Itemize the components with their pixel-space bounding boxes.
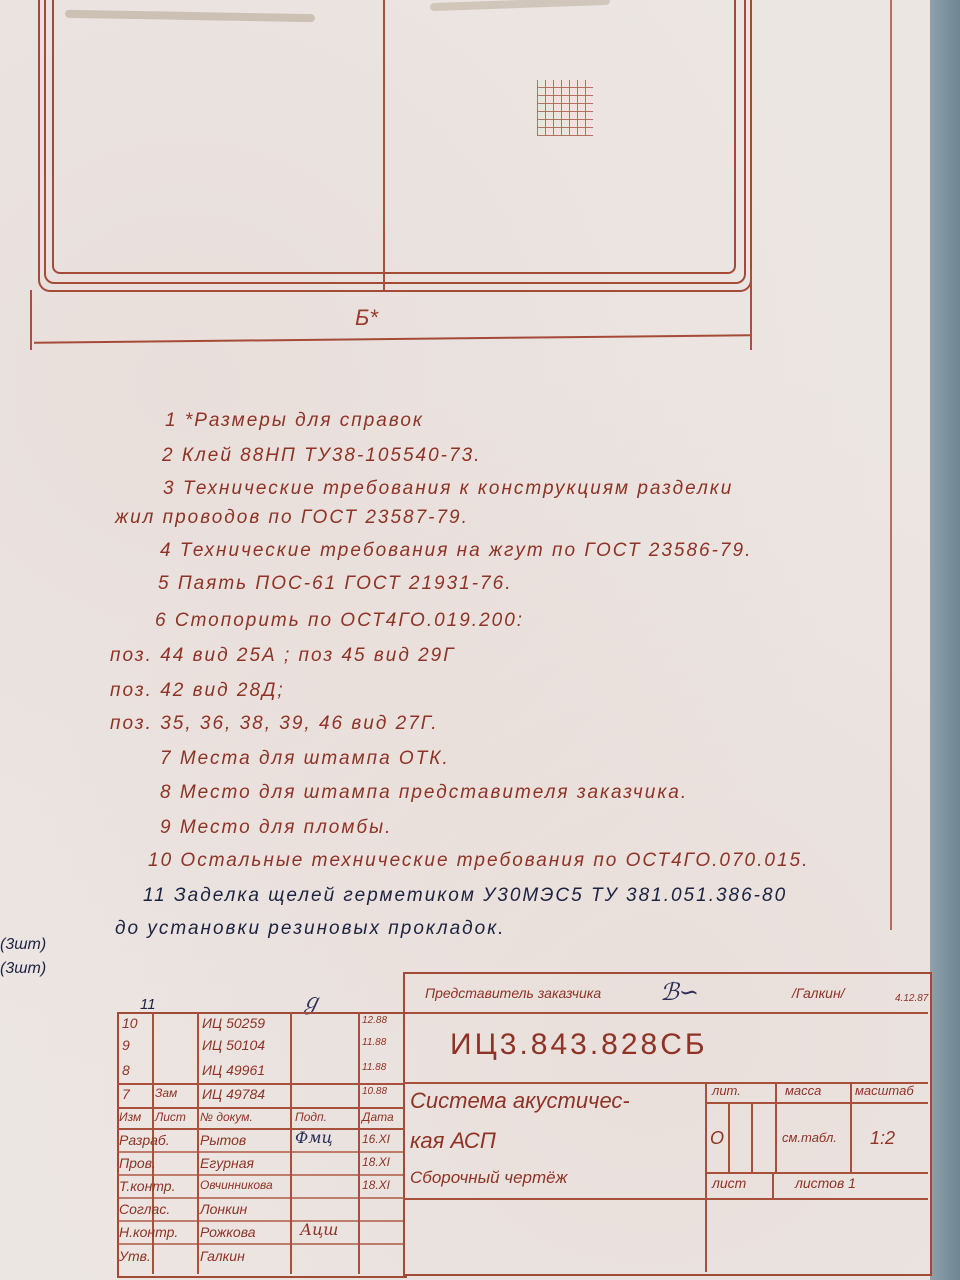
header-date: Дата (362, 1110, 394, 1124)
sheet-label: лист (712, 1175, 746, 1191)
note-5: 5 Паять ПОС-61 ГОСТ 21931-76. (158, 573, 512, 595)
customer-rep-date: 4.12.87 (895, 993, 928, 1004)
role-label: Соглас. (119, 1201, 170, 1217)
rev-doc: ИЦ 50104 (202, 1037, 265, 1053)
revision-table-row-line (117, 1174, 405, 1176)
role-label: Пров. (119, 1155, 156, 1171)
revision-table-row-line (117, 1243, 405, 1245)
title-block (403, 972, 932, 1276)
title-line-3: Сборочный чертёж (410, 1168, 567, 1188)
revision-table-col (290, 1012, 292, 1274)
revision-table-row-line (117, 1083, 405, 1085)
rev-doc: ИЦ 49784 (202, 1086, 265, 1102)
note-11: 11 Заделка щелей герметиком У30МЭС5 ТУ 3… (143, 885, 787, 907)
note-11-cont: до установки резиновых прокладок. (115, 918, 505, 940)
grille-pattern (537, 80, 593, 136)
center-divider-line (383, 0, 385, 290)
quantity-note: (3шт) (0, 960, 46, 978)
revision-table-col (358, 1012, 360, 1274)
rev-doc: ИЦ 49961 (202, 1062, 265, 1078)
title-block-divider (403, 1012, 928, 1014)
revision-table-row-line (117, 1128, 405, 1130)
rev-izm: 10 (122, 1015, 138, 1031)
role-signature: Фмц (295, 1128, 333, 1147)
rev-list: Зам (155, 1086, 177, 1100)
customer-rep-label: Представитель заказчика (425, 985, 601, 1001)
title-block-divider (751, 1102, 753, 1172)
role-name: Галкин (200, 1248, 245, 1264)
title-line-2: кая АСП (410, 1128, 496, 1154)
title-block-divider (850, 1082, 852, 1172)
role-date: 18.XI (362, 1155, 390, 1169)
customer-rep-name: /Галкин/ (792, 985, 845, 1001)
title-block-divider (705, 1082, 707, 1272)
note-2: 2 Клей 88НП ТУ38-105540-73. (162, 445, 481, 467)
mass-label: масса (785, 1083, 821, 1098)
role-label: Т.контр. (119, 1178, 175, 1194)
mass-value: см.табл. (782, 1130, 837, 1145)
role-name: Рожкова (200, 1224, 255, 1240)
title-block-divider (728, 1102, 730, 1172)
revision-table-row-line (117, 1197, 405, 1199)
role-date: 18.XI (362, 1178, 390, 1192)
note-3-cont: жил проводов по ГОСТ 23587-79. (115, 507, 469, 529)
note-8: 8 Место для штампа представителя заказчи… (160, 782, 688, 804)
rev-date: 11.88 (362, 1062, 386, 1073)
role-label: Н.контр. (119, 1224, 178, 1240)
document-number: ИЦ3.843.828СБ (450, 1028, 708, 1062)
quantity-note: (3шт) (0, 936, 46, 954)
note-10: 10 Остальные технические требования по О… (148, 850, 809, 872)
customer-rep-signature: ℬ∽ (660, 978, 699, 1006)
lit-label: лит. (712, 1083, 741, 1098)
note-6: 6 Стопорить по ОСТ4ГО.019.200: (155, 610, 524, 632)
revision-table-row-line (117, 1151, 405, 1153)
role-label: Разраб. (119, 1132, 170, 1148)
header-list: Лист (155, 1110, 186, 1124)
header-izm: Изм (119, 1110, 141, 1124)
sheets-label: листов 1 (795, 1175, 856, 1191)
dimension-extension-left (30, 290, 32, 350)
rev-doc: ИЦ 50259 (202, 1015, 265, 1031)
scale-value: 1:2 (870, 1128, 895, 1149)
note-9: 9 Место для пломбы. (160, 817, 392, 839)
title-block-divider (772, 1172, 774, 1198)
dimension-line (34, 334, 750, 343)
title-block-divider (775, 1082, 777, 1172)
lit-value: О (710, 1128, 724, 1149)
scale-label: масштаб (855, 1083, 914, 1098)
dimension-label: Б* (355, 305, 378, 331)
role-name: Лонкин (200, 1201, 247, 1217)
role-date: 16.XI (362, 1132, 390, 1146)
dimension-extension-right (750, 270, 752, 350)
title-line-1: Система акустичес- (410, 1088, 630, 1114)
note-7: 7 Места для штампа ОТК. (160, 748, 450, 770)
note-6-pos3: поз. 35, 36, 38, 39, 46 вид 27Г. (110, 713, 439, 735)
revision-table-row-line (117, 1220, 405, 1222)
note-6-pos1: поз. 44 вид 25А ; поз 45 вид 29Г (110, 645, 456, 667)
sheet-border-right (890, 0, 892, 930)
role-signature: Ацш (300, 1220, 338, 1239)
title-block-divider (705, 1102, 928, 1104)
note-3: 3 Технические требования к конструкциям … (163, 478, 733, 500)
note-1: 1 *Размеры для справок (165, 410, 424, 432)
header-sign: Подп. (295, 1110, 327, 1124)
rev-date: 10.88 (362, 1086, 387, 1097)
rev-izm: 9 (122, 1037, 130, 1053)
title-block-divider (705, 1172, 928, 1174)
revision-mark: 11 (140, 996, 156, 1013)
revision-table-col (197, 1012, 199, 1274)
revision-table-row-line (117, 1107, 405, 1109)
rev-izm: 8 (122, 1062, 130, 1078)
role-name: Егурная (200, 1155, 254, 1171)
role-label: Утв. (119, 1248, 151, 1264)
rev-izm: 7 (122, 1086, 130, 1102)
header-doc: № докум. (200, 1110, 253, 1124)
rev-date: 11.88 (362, 1037, 386, 1048)
note-4: 4 Технические требования на жгут по ГОСТ… (160, 540, 752, 562)
rev-date: 12.88 (362, 1015, 387, 1026)
role-name: Овчинникова (200, 1178, 273, 1192)
housing-outline-inner (52, 0, 736, 274)
role-name: Рытов (200, 1132, 246, 1148)
note-6-pos2: поз. 42 вид 28Д; (110, 680, 285, 702)
title-block-divider (403, 1198, 928, 1200)
drawing-sheet: Б* 1 *Размеры для справок 2 Клей 88НП ТУ… (0, 0, 930, 1280)
